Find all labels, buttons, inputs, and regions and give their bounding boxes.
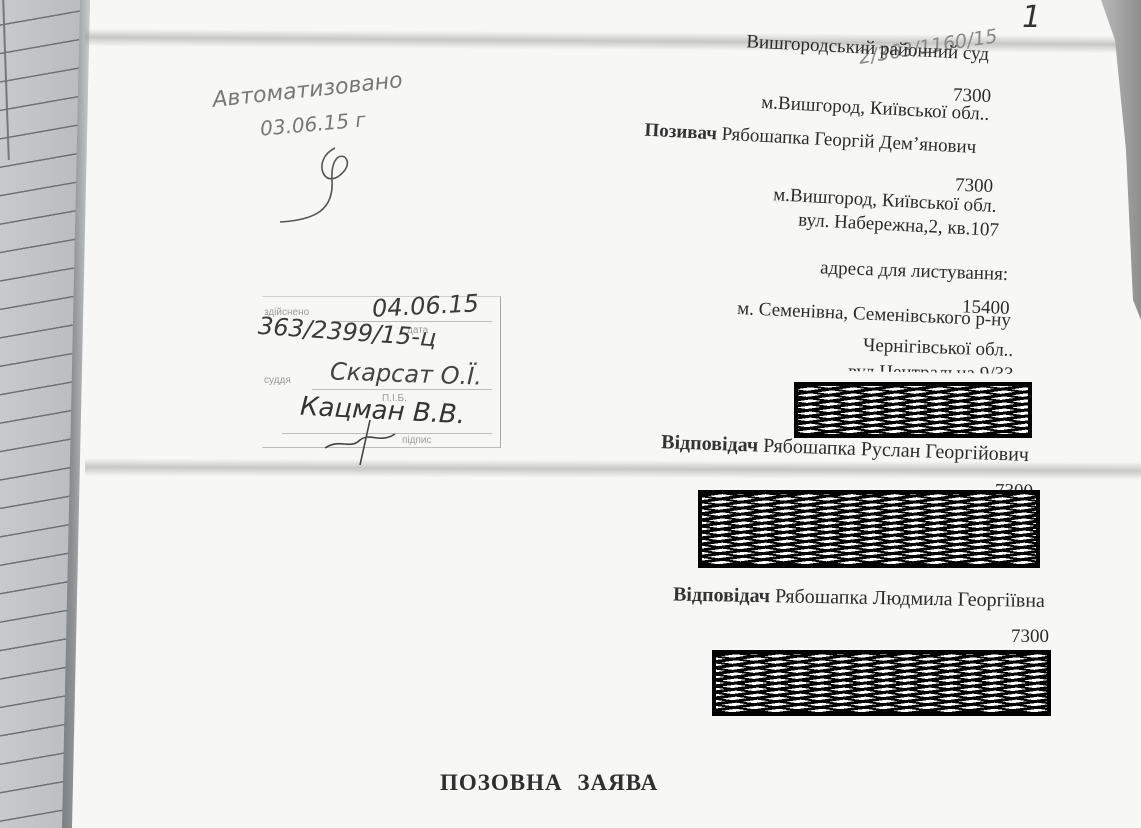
plaintiff-line: Позивач Рябошапка Георгій Дем’янович (644, 120, 977, 159)
handwritten-date: 03.06.15 г (259, 107, 367, 140)
plaintiff-role: Позивач (644, 120, 718, 145)
document-title: ПОЗОВНА ЗАЯВА (440, 770, 658, 796)
page-number-handwritten: 1 (1022, 0, 1041, 35)
redaction-box (712, 650, 1051, 716)
redaction-box (698, 490, 1040, 568)
redaction-box (794, 382, 1032, 438)
defendant-1-role: Відповідач (661, 431, 759, 456)
plaintiff-name: Рябошапка Георгій Дем’янович (721, 124, 977, 158)
stamp-date: 04.06.15 (371, 289, 479, 323)
signature-icon (270, 140, 380, 230)
stamp-label-judge: суддя (264, 375, 291, 386)
defendant-2-postcode: 7300 (1011, 626, 1049, 648)
stamp-judge: Скарсат О.Ї. (330, 357, 483, 390)
handwritten-note: Автоматизовано (211, 68, 404, 113)
defendant-2-line: Відповідач Рябошапка Людмила Георгіївна (673, 584, 1045, 613)
stamp-signature-icon (320, 410, 410, 465)
mailing-region: Чернігівської обл.. (862, 335, 1013, 362)
defendant-2-role: Відповідач (673, 584, 770, 608)
mailing-label: адреса для листування: (820, 257, 1009, 286)
defendant-2-name: Рябошапка Людмила Георгіївна (775, 585, 1045, 612)
